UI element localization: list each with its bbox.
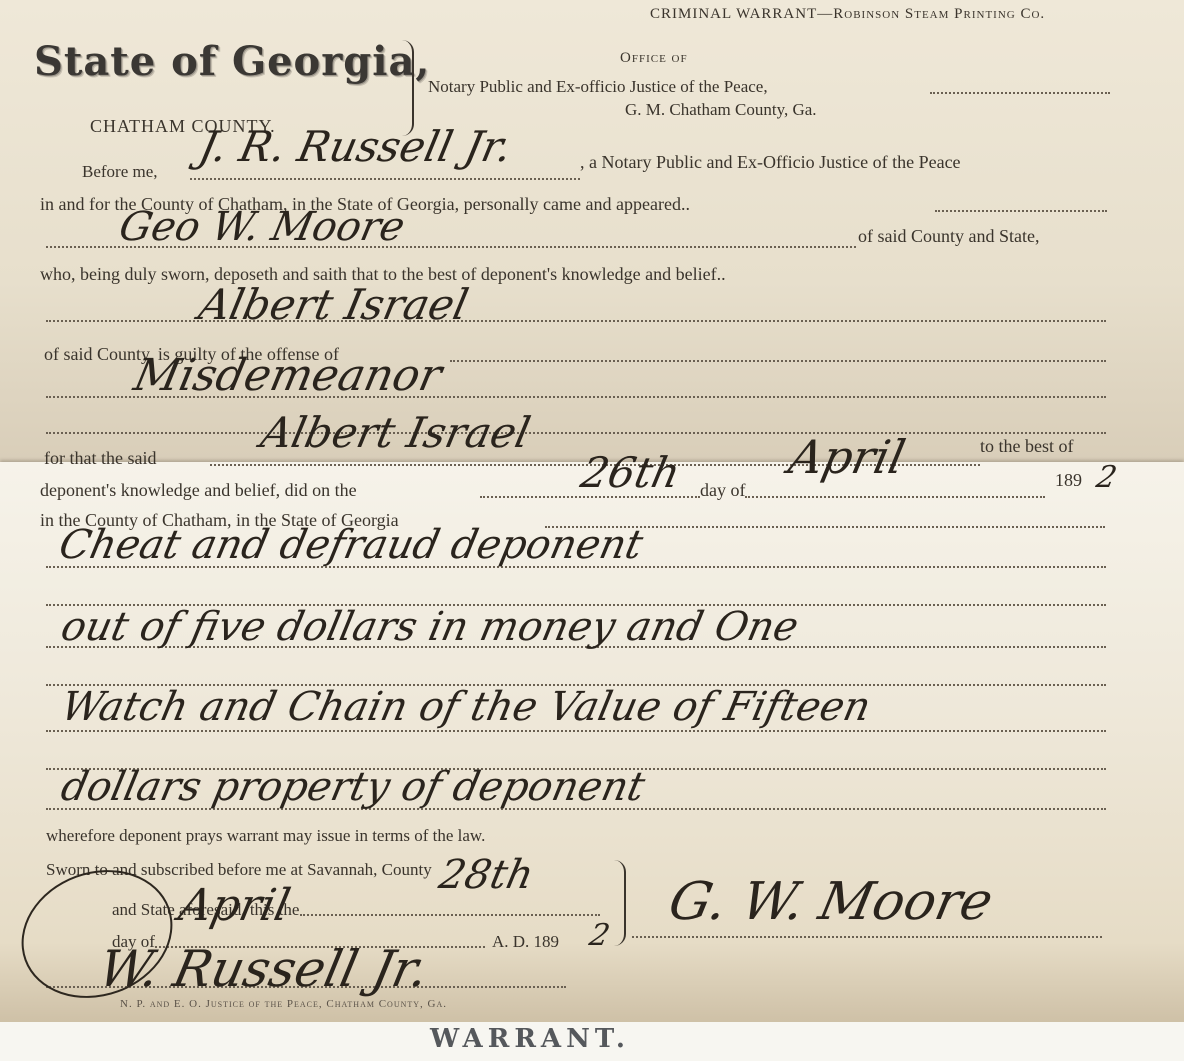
- state-title: State of Georgia,: [34, 38, 430, 85]
- office-dotted-line: [930, 92, 1110, 94]
- year-prefix: 189: [1055, 470, 1082, 491]
- wherefore-clause: wherefore deponent prays warrant may iss…: [46, 826, 485, 846]
- charge-line-3: [46, 730, 1106, 732]
- appeared-dotted-line: [935, 210, 1107, 212]
- sworn-ad-label: A. D. 189: [492, 932, 559, 952]
- charge-text-4: dollars property of deponent: [57, 764, 649, 810]
- offense-dotted-line-1: [450, 360, 1106, 362]
- month-field: April: [784, 430, 910, 484]
- justice-name-field: J. R. Russell Jr.: [195, 122, 517, 171]
- form-title: CRIMINAL WARRANT—Robinson Steam Printing…: [650, 6, 1045, 23]
- day-of-label: day of: [700, 480, 745, 501]
- np-caption: N. P. and E. O. Justice of the Peace, Ch…: [120, 998, 447, 1010]
- for-that-said-label: for that the said: [44, 448, 156, 469]
- office-line-1: Notary Public and Ex-officio Justice of …: [428, 77, 768, 97]
- accused-name-field-2: Albert Israel: [257, 408, 535, 457]
- sworn-brace: [612, 860, 626, 946]
- charge-text-1: Cheat and defraud deponent: [55, 522, 647, 568]
- justice-name-line: [190, 178, 580, 180]
- accused-name-field: Albert Israel: [195, 280, 473, 329]
- offense-field: Misdemeanor: [130, 350, 447, 401]
- sworn-day-dotted-line: [300, 914, 600, 916]
- month-dotted-line: [745, 496, 1045, 498]
- county-state-label: of said County and State,: [858, 226, 1039, 247]
- justice-signature: W. Russell Jr.: [94, 940, 434, 998]
- office-line-2: G. M. Chatham County, Ga.: [625, 100, 817, 120]
- to-best-of-label: to the best of: [980, 436, 1073, 457]
- before-me-label: Before me,: [82, 162, 158, 182]
- office-of-label: Office of: [620, 50, 688, 67]
- deponent-signature: G. W. Moore: [664, 872, 998, 932]
- charge-text-2: out of five dollars in money and One: [57, 604, 802, 650]
- sworn-day-field: 28th: [435, 852, 538, 898]
- deponent-signature-line: [632, 936, 1102, 938]
- charge-text-3: Watch and Chain of the Value of Fifteen: [57, 684, 875, 730]
- notary-clause: , a Notary Public and Ex-Officio Justice…: [580, 152, 961, 173]
- blank-dotted-line: [46, 432, 1106, 434]
- deponent-name-field: Geo W. Moore: [115, 204, 409, 250]
- did-on-the-label: deponent's knowledge and belief, did on …: [40, 480, 357, 501]
- sworn-month-field: April: [175, 880, 295, 931]
- day-field: 26th: [577, 448, 685, 497]
- warrant-heading: WARRANT.: [430, 1024, 630, 1054]
